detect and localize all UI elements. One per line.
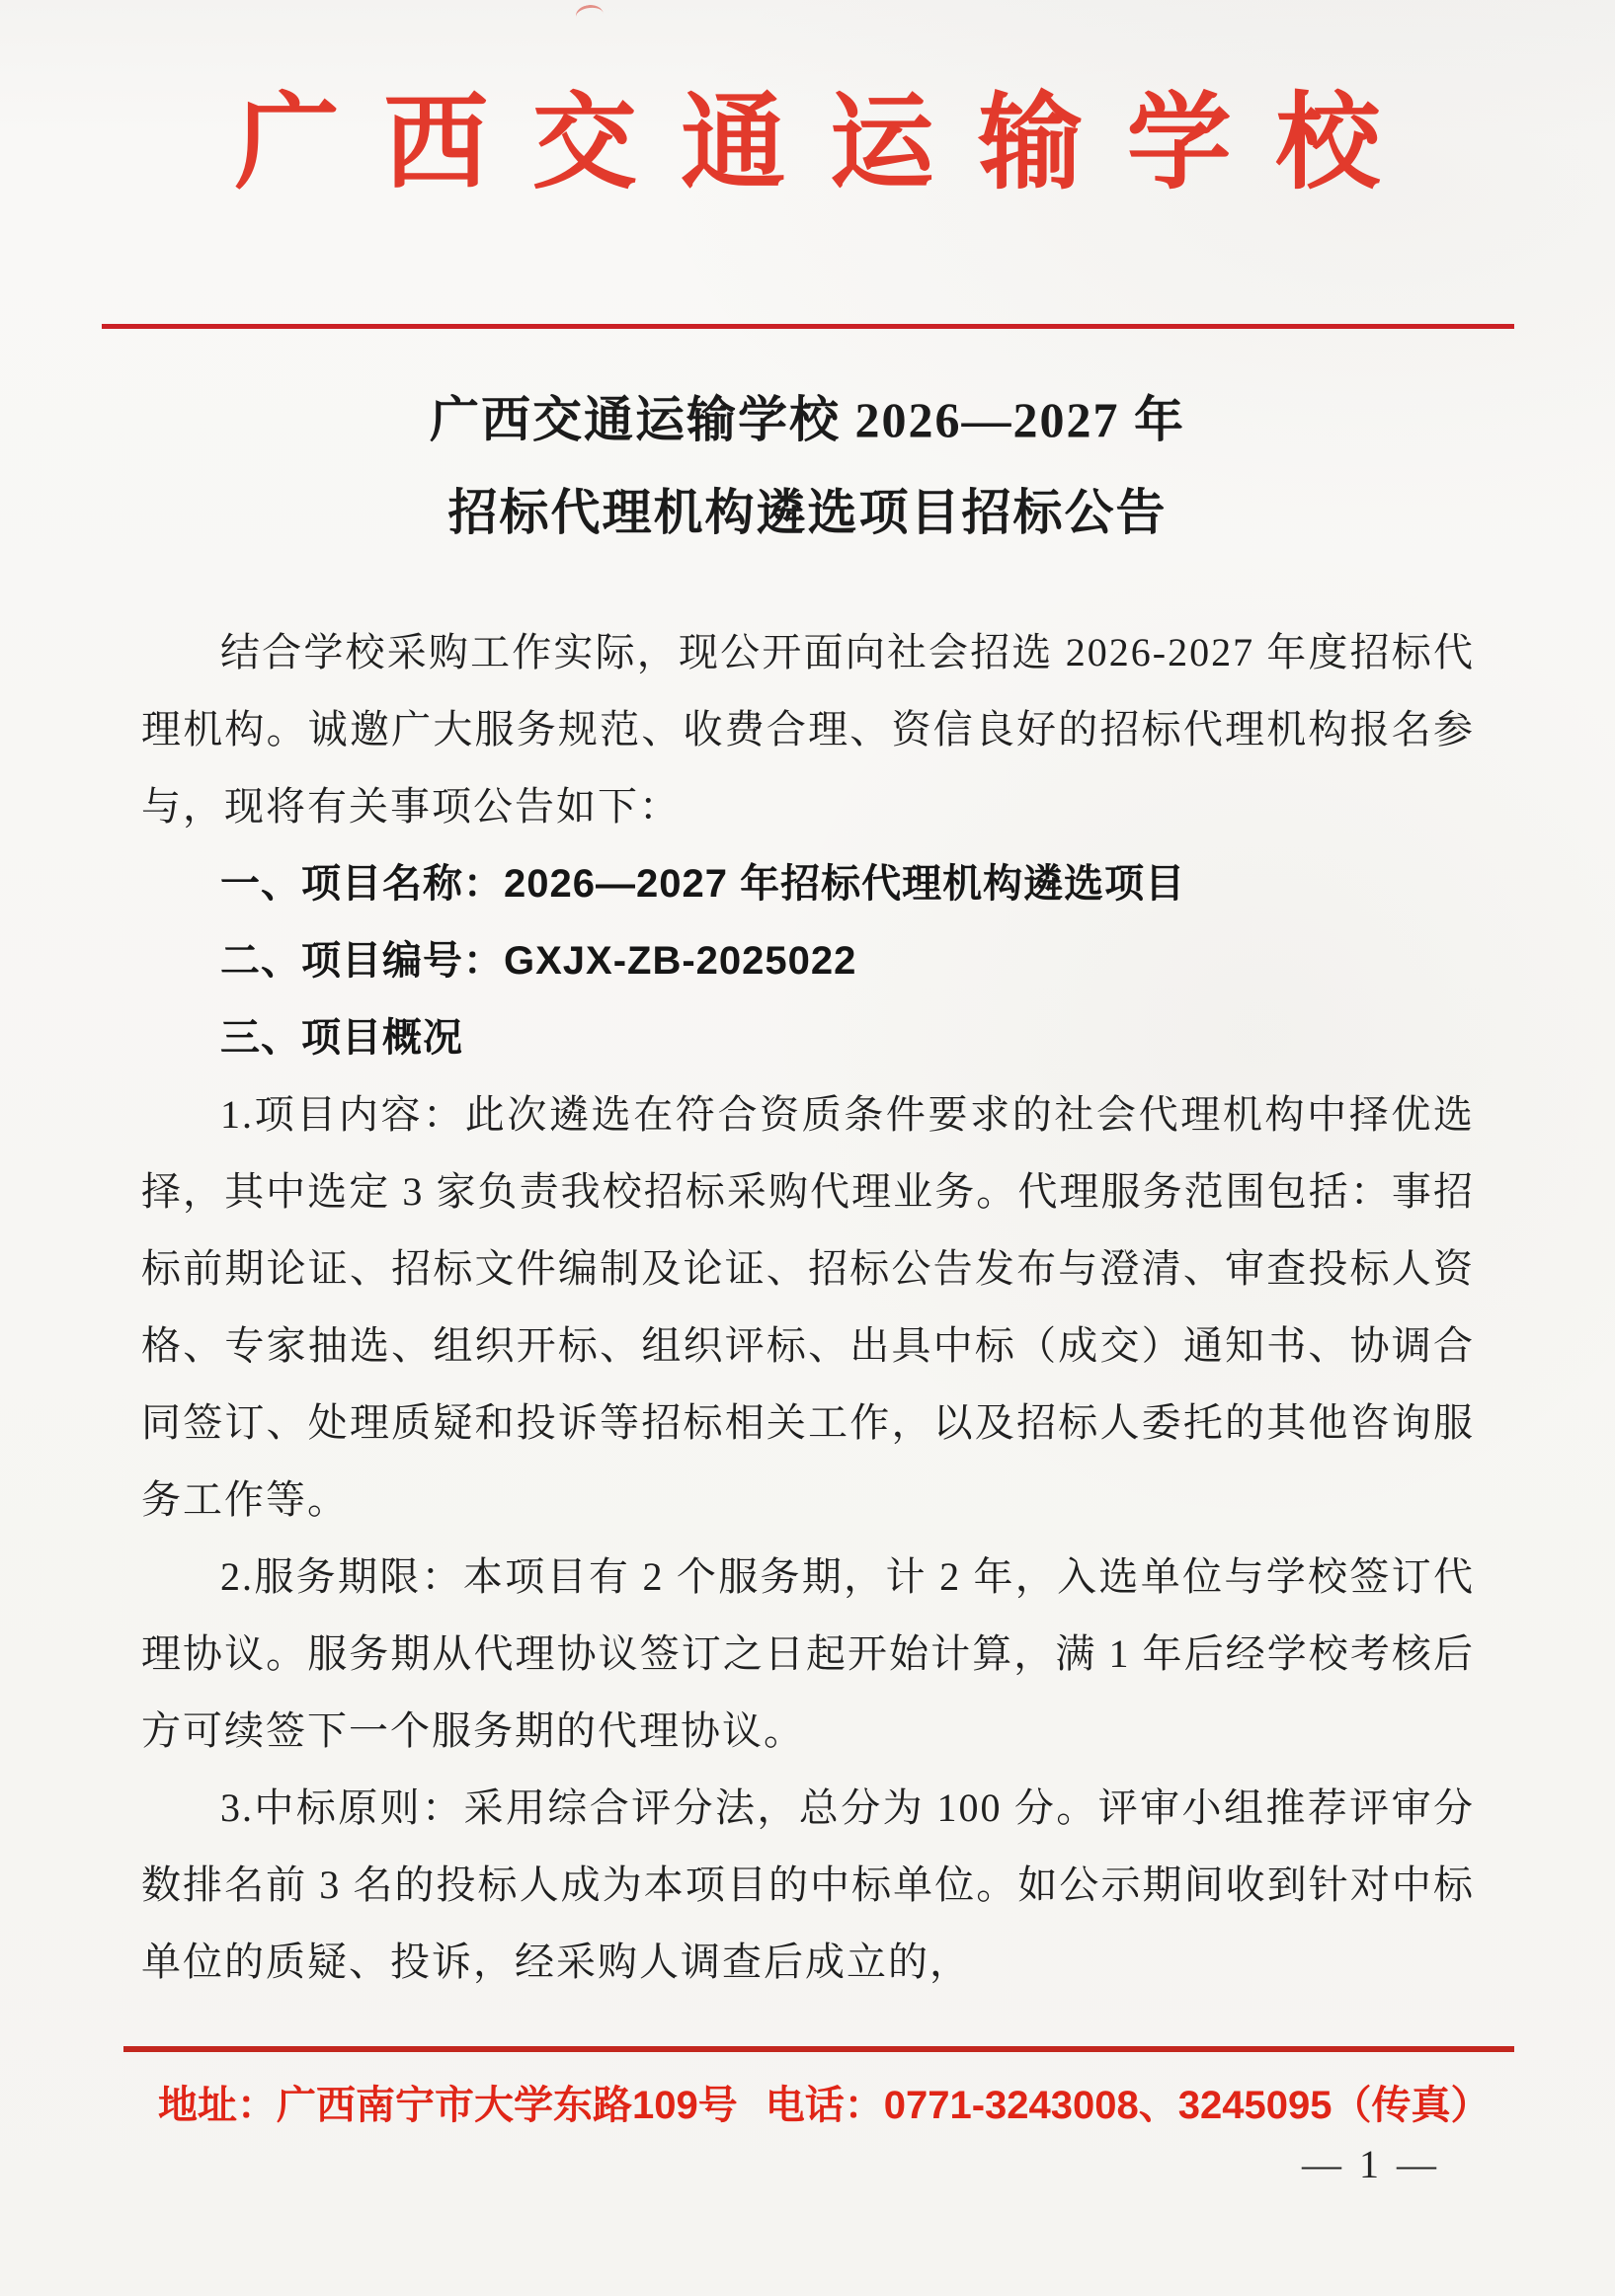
document-title-line2: 招标代理机构遴选项目招标公告 — [0, 466, 1615, 559]
document-body: 结合学校采购工作实际，现公开面向社会招选 2026-2027 年度招标代理机构。… — [141, 614, 1475, 2001]
letterhead-divider — [102, 324, 1514, 329]
page-number: — 1 — — [1302, 2141, 1440, 2187]
paragraph-award-principle: 3.中标原则：采用综合评分法，总分为 100 分。评审小组推荐评审分数排名前 3… — [141, 1770, 1475, 2001]
intro-paragraph: 结合学校采购工作实际，现公开面向社会招选 2026-2027 年度招标代理机构。… — [141, 614, 1475, 845]
document-title-line1: 广西交通运输学校 2026—2027 年 — [0, 373, 1615, 466]
school-letterhead: 广西交通运输学校 — [0, 81, 1615, 207]
footer-phone: 电话：0771-3243008、3245095（传真） — [766, 2084, 1491, 2127]
scanned-document-page: 广西交通运输学校 广西交通运输学校 2026—2027 年 招标代理机构遴选项目… — [0, 0, 1615, 2296]
paragraph-service-period: 2.服务期限：本项目有 2 个服务期，计 2 年，入选单位与学校签订代理协议。服… — [141, 1539, 1475, 1770]
paragraph-project-content: 1.项目内容：此次遴选在符合资质条件要求的社会代理机构中择优选择，其中选定 3 … — [141, 1076, 1475, 1539]
section-heading-project-number: 二、项目编号：GXJX-ZB-2025022 — [141, 922, 1475, 999]
footer-contact: 地址：广西南宁市大学东路109号电话：0771-3243008、3245095（… — [158, 2078, 1521, 2133]
footer-divider — [123, 2046, 1514, 2052]
document-title: 广西交通运输学校 2026—2027 年 招标代理机构遴选项目招标公告 — [0, 373, 1615, 559]
footer-address: 地址：广西南宁市大学东路109号 — [158, 2084, 738, 2127]
section-heading-project-name: 一、项目名称：2026—2027 年招标代理机构遴选项目 — [141, 845, 1475, 922]
scan-artifact-mark — [574, 2, 606, 28]
section-heading-project-overview: 三、项目概况 — [141, 999, 1475, 1076]
